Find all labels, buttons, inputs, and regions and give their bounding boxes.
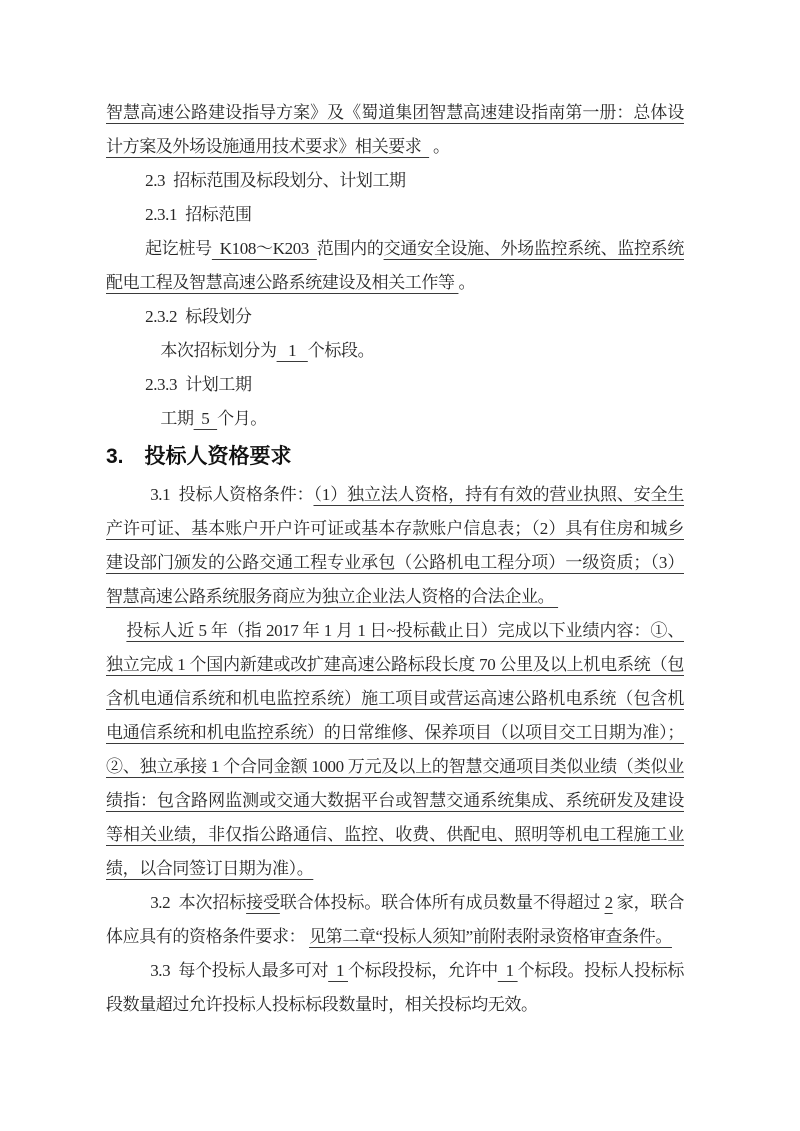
heading-2-3-2-section-division: 2.3.2 标段划分 xyxy=(106,300,684,334)
plain-text: 起讫桩号 xyxy=(145,239,212,258)
underlined-text: 1 xyxy=(328,961,348,980)
para-section-count: 本次招标划分为 1 个标段。 xyxy=(106,334,684,368)
plain-text: 联合体投标。联合体所有成员数量不得超过 xyxy=(280,893,605,912)
plain-text: 个标段投标，允许中 xyxy=(348,961,498,980)
plain-text: 3.1 投标人资格条件： xyxy=(150,485,313,504)
plain-text: 范围内的 xyxy=(317,239,384,258)
plain-text: 3.3 每个投标人最多可对 xyxy=(150,961,328,980)
document-body: 智慧高速公路建设指导方案》及《蜀道集团智慧高速建设指南第一册：总体设计方案及外场… xyxy=(106,96,684,1022)
para-3-1-qualification-conditions: 3.1 投标人资格条件：（1）独立法人资格，持有有效的营业执照、安全生产许可证、… xyxy=(106,478,684,614)
underlined-text: 》相关要求 xyxy=(338,137,429,156)
document-page: 智慧高速公路建设指导方案》及《蜀道集团智慧高速建设指南第一册：总体设计方案及外场… xyxy=(0,0,800,1131)
para-3-2-consortium-bidding: 3.2 本次招标接受联合体投标。联合体所有成员数量不得超过 2 家，联合体应具有… xyxy=(106,886,684,954)
para-duration-months: 工期 5 个月。 xyxy=(106,402,684,436)
para-3-3-section-limit: 3.3 每个投标人最多可对 1 个标段投标，允许中 1 个标段。投标人投标标段数… xyxy=(106,954,684,1022)
plain-text: 。 xyxy=(458,273,475,292)
plain-text: 个月。 xyxy=(217,409,267,428)
para-stake-range: 起讫桩号 K108～K203 范围内的交通安全设施、外场监控系统、监控系统配电工… xyxy=(106,232,684,300)
underlined-text: 2 xyxy=(605,893,613,912)
underlined-text: 接受 xyxy=(246,893,280,912)
para-performance-record: 投标人近 5 年（指 2017 年 1 月 1 日~投标截止日）完成以下业绩内容… xyxy=(106,614,684,886)
plain-text: 工期 xyxy=(160,409,193,428)
underlined-text: 1 xyxy=(277,341,308,360)
underlined-text: 见第二章“投标人须知”前附表附录资格审查条件。 xyxy=(309,927,672,946)
heading-2-3-bid-scope: 2.3 招标范围及标段划分、计划工期 xyxy=(106,164,684,198)
heading-2-3-3-planned-duration: 2.3.3 计划工期 xyxy=(106,368,684,402)
plain-text: 。 xyxy=(429,137,449,156)
underlined-text: 5 xyxy=(194,409,218,428)
underlined-text: 投标人近 5 年（指 2017 年 1 月 1 日~投标截止日）完成以下业绩内容… xyxy=(106,621,684,878)
plain-text: 3.2 本次招标 xyxy=(150,893,246,912)
underlined-text: K108～K203 xyxy=(212,239,317,258)
para-intro-requirements: 智慧高速公路建设指导方案》及《蜀道集团智慧高速建设指南第一册：总体设计方案及外场… xyxy=(106,96,684,164)
plain-text: 本次招标划分为 xyxy=(160,341,276,360)
plain-text: 个标段。 xyxy=(308,341,374,360)
heading-2-3-1-bid-range: 2.3.1 招标范围 xyxy=(106,198,684,232)
heading-3-bidder-qualifications: 3. 投标人资格要求 xyxy=(106,436,684,478)
underlined-text: 1 xyxy=(498,961,518,980)
